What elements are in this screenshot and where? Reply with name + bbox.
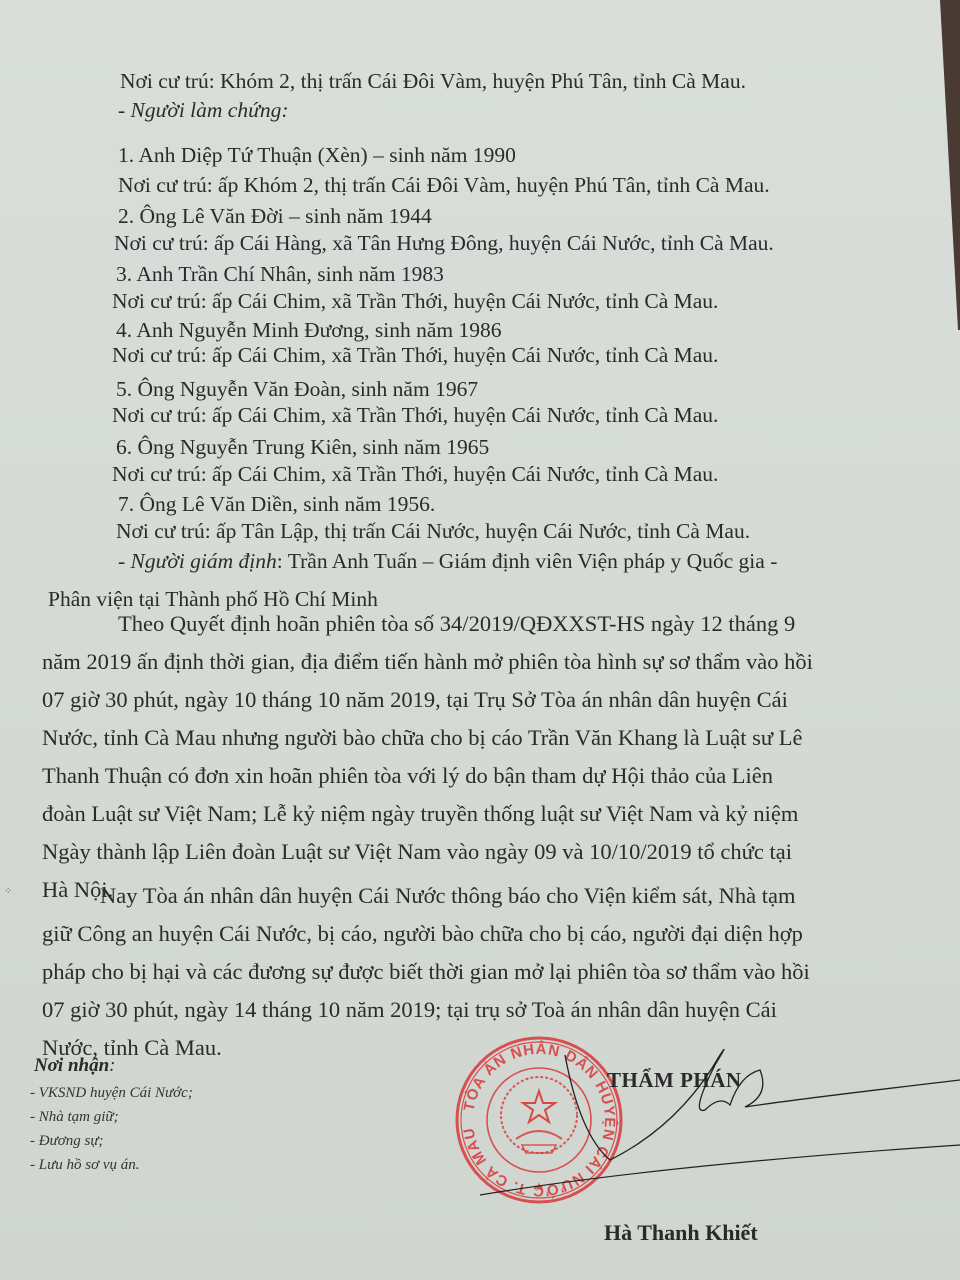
paragraph-line: Theo Quyết định hoãn phiên tòa số 34/201… — [118, 611, 795, 637]
witness-line: Nơi cư trú: Khóm 2, thị trấn Cái Đôi Vàm… — [120, 68, 746, 94]
recipients-title: Nơi nhận: — [34, 1055, 115, 1077]
expert-label: - Người giám định — [118, 549, 277, 573]
judge-name: Hà Thanh Khiết — [604, 1220, 758, 1246]
witness-line: 7. Ông Lê Văn Diền, sinh năm 1956. — [118, 491, 435, 517]
paragraph-line: giữ Công an huyện Cái Nước, bị cáo, ngườ… — [42, 921, 803, 947]
paper-speck: ⁘ — [4, 886, 12, 897]
paragraph-line: 07 giờ 30 phút, ngày 10 tháng 10 năm 201… — [42, 687, 788, 713]
recipient-item: - Đương sự; — [30, 1133, 104, 1150]
recipients-title-colon: : — [109, 1055, 115, 1076]
paragraph-line: Nay Tòa án nhân dân huyện Cái Nước thông… — [100, 883, 796, 909]
witness-line: Nơi cư trú: ấp Cái Chim, xã Trần Thới, h… — [112, 402, 718, 428]
witness-line: Nơi cư trú: ấp Cái Chim, xã Trần Thới, h… — [112, 342, 718, 368]
expert-line: - Người giám định: Trần Anh Tuấn – Giám … — [118, 548, 777, 574]
witness-line: Nơi cư trú: ấp Tân Lập, thị trấn Cái Nướ… — [116, 518, 750, 544]
paragraph-line: Thanh Thuận có đơn xin hoãn phiên tòa vớ… — [42, 763, 773, 789]
paragraph-line: Ngày thành lập Liên đoàn Luật sư Việt Na… — [42, 839, 792, 865]
paragraph-line: 07 giờ 30 phút, ngày 14 tháng 10 năm 201… — [42, 997, 777, 1023]
section-heading-witnesses: - Người làm chứng: — [118, 97, 288, 123]
witness-line: 2. Ông Lê Văn Đời – sinh năm 1944 — [118, 203, 432, 229]
paragraph-line: pháp cho bị hại và các đương sự được biế… — [42, 959, 810, 985]
document-page: ⁘ Nơi cư trú: Khóm 2, thị trấn Cái Đôi V… — [0, 0, 960, 1280]
paragraph-line: năm 2019 ấn định thời gian, địa điểm tiế… — [42, 649, 813, 675]
recipients-title-text: Nơi nhận — [34, 1055, 109, 1076]
witness-line: 4. Anh Nguyễn Minh Đương, sinh năm 1986 — [116, 317, 502, 343]
paragraph-line: Nước, tỉnh Cà Mau nhưng người bào chữa c… — [42, 725, 802, 751]
expert-continuation: Phân viện tại Thành phố Hồ Chí Minh — [48, 586, 378, 612]
expert-text: : Trần Anh Tuấn – Giám định viên Viện ph… — [277, 549, 778, 573]
witness-line: Nơi cư trú: ấp Cái Hàng, xã Tân Hưng Đôn… — [114, 230, 774, 256]
witness-line: 6. Ông Nguyễn Trung Kiên, sinh năm 1965 — [116, 434, 489, 460]
recipient-item: - Nhà tạm giữ; — [30, 1109, 119, 1126]
paragraph-line: đoàn Luật sư Việt Nam; Lễ kỷ niệm ngày t… — [42, 801, 798, 827]
recipient-item: - VKSND huyện Cái Nước; — [30, 1085, 193, 1102]
witness-line: 1. Anh Diệp Tứ Thuận (Xèn) – sinh năm 19… — [118, 142, 516, 168]
witness-line: Nơi cư trú: ấp Khóm 2, thị trấn Cái Đôi … — [118, 172, 770, 198]
witness-line: 3. Anh Trần Chí Nhân, sinh năm 1983 — [116, 261, 444, 287]
recipient-item: - Lưu hồ sơ vụ án. — [30, 1157, 140, 1174]
background-edge — [940, 0, 960, 330]
handwritten-signature — [460, 1035, 960, 1215]
witness-line: 5. Ông Nguyễn Văn Đoàn, sinh năm 1967 — [116, 376, 478, 402]
witness-line: Nơi cư trú: ấp Cái Chim, xã Trần Thới, h… — [112, 461, 718, 487]
witness-line: Nơi cư trú: ấp Cái Chim, xã Trần Thới, h… — [112, 288, 718, 314]
